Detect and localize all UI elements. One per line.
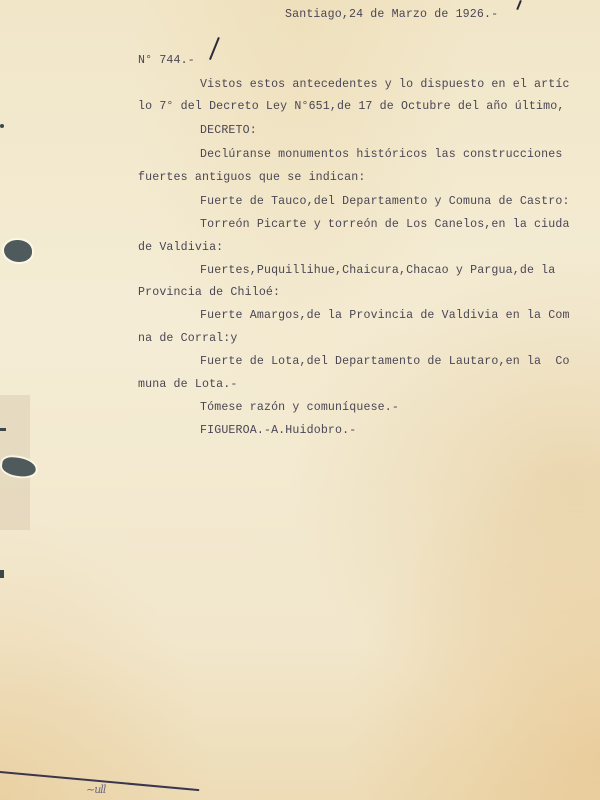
body-line: de Valdivia: <box>138 241 223 255</box>
body-line: Vistos estos antecedentes y lo dispuesto… <box>200 78 570 92</box>
header-date: Santiago,24 de Marzo de 1926.- <box>285 8 498 22</box>
margin-speck <box>0 570 4 578</box>
body-line: Fuerte Amargos,de la Provincia de Valdiv… <box>200 309 570 323</box>
margin-speck <box>0 428 6 431</box>
body-line: Torreón Picarte y torreón de Los Canelos… <box>200 218 570 232</box>
paper-background <box>0 0 600 800</box>
body-line: muna de Lota.- <box>138 378 238 392</box>
body-line: na de Corral:y <box>138 332 238 346</box>
body-line: lo 7° del Decreto Ley N°651,de 17 de Oct… <box>138 100 564 114</box>
decree-heading: DECRETO: <box>200 124 257 138</box>
margin-speck <box>0 124 4 128</box>
punch-hole <box>4 240 32 262</box>
body-line: Fuertes,Puquillihue,Chaicura,Chacao y Pa… <box>200 264 555 278</box>
body-line: Fuerte de Lota,del Departamento de Lauta… <box>200 355 570 369</box>
body-line: Provincia de Chiloé: <box>138 286 280 300</box>
signatories: FIGUEROA.-A.Huidobro.- <box>200 424 356 438</box>
closing-line: Tómese razón y comuníquese.- <box>200 401 399 415</box>
body-line: Fuerte de Tauco,del Departamento y Comun… <box>200 195 570 209</box>
handwritten-signature: ~ull <box>86 783 105 796</box>
body-line: Declúranse monumentos históricos las con… <box>200 148 562 162</box>
decree-number: N° 744.- <box>138 54 195 68</box>
body-line: fuertes antiguos que se indican: <box>138 171 365 185</box>
